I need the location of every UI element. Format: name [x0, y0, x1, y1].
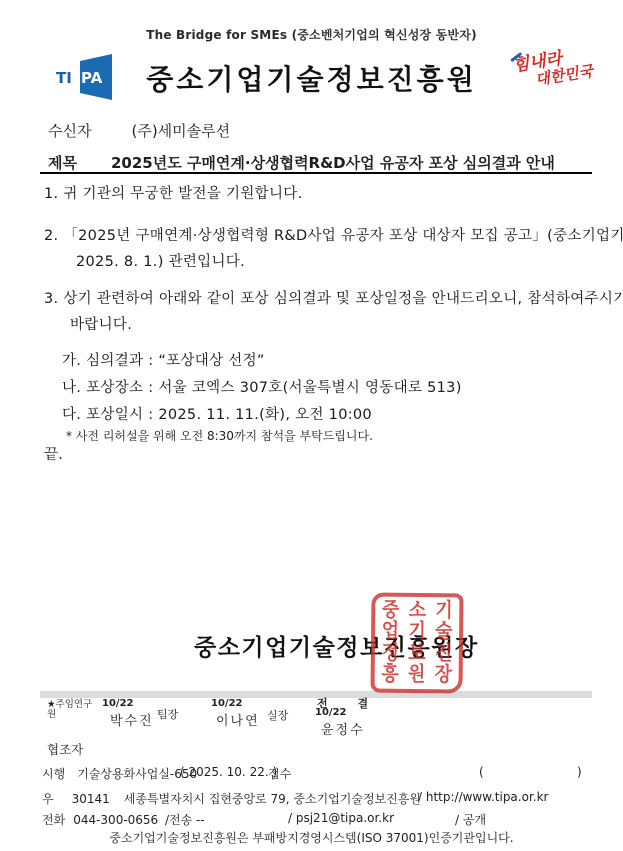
official-seal-stamp-icon: 중 소 기 업 기 술 정 보 진 흥 원 장: [370, 593, 463, 694]
dispatch-row: 시행기술상용화사업실-650: [42, 765, 197, 782]
delegation-date: 10/22: [315, 707, 346, 718]
phone-label: 전화: [42, 813, 65, 827]
dispatch-date: ( 2025. 10. 22. ): [180, 765, 277, 779]
phone-row: 전화044-300-0656: [42, 811, 158, 828]
paragraph-3-line2: 바랍니다.: [70, 313, 132, 334]
end-mark: 끝.: [44, 443, 63, 464]
subject-row: 제목2025년도 구매연계·상생협력R&D사업 유공자 포상 심의결과 안내: [48, 152, 555, 173]
seal-char: 술: [435, 622, 453, 642]
receipt-label: 접수: [268, 765, 291, 782]
recipient-label: 수신자: [48, 122, 91, 140]
seal-char: 정: [381, 643, 399, 663]
team-leader-name: 이나연: [216, 710, 260, 729]
seal-char: 보: [408, 644, 426, 664]
seal-char: 중: [382, 600, 400, 620]
address-text: 세종특별자치시 집현중앙로 79, 중소기업기술정보진흥원: [124, 792, 421, 806]
address-row: 우30141세종특별자치시 집현중앙로 79, 중소기업기술정보진흥원: [42, 790, 421, 807]
dispatch-label: 시행: [42, 767, 65, 781]
director-label: 실장: [267, 707, 288, 723]
item-award-datetime: 다. 포상일시 : 2025. 11. 11.(화), 오전 10:00: [62, 403, 372, 424]
paragraph-1: 1. 귀 기관의 무궁한 발전을 기원합니다.: [44, 182, 303, 203]
seal-char: 장: [435, 665, 453, 685]
receipt-paren-close: ): [577, 765, 582, 779]
subject-divider: [40, 172, 592, 174]
drafter-role-label: ★주임연구원: [47, 700, 105, 721]
header-tagline: The Bridge for SMEs (중소벤처기업의 혁신성장 동반자): [0, 26, 623, 43]
paragraph-2-line1: 2. 「2025년 구매연계·상생협력형 R&D사업 유공자 포상 대상자 모집…: [44, 224, 623, 245]
team-leader-label: 팀장: [157, 706, 178, 722]
subject-label: 제목: [48, 154, 77, 172]
official-document-page: The Bridge for SMEs (중소벤처기업의 혁신성장 동반자) T…: [0, 0, 623, 851]
seal-char: 원: [408, 665, 426, 685]
fax-value: /전송 --: [165, 811, 205, 828]
subject-value: 2025년도 구매연계·상생협력R&D사업 유공자 포상 심의결과 안내: [111, 154, 555, 172]
email-value: / psj21@tipa.or.kr: [288, 811, 394, 825]
rehearsal-note: * 사전 리허설을 위해 오전 8:30까지 참석을 부탁드립니다.: [66, 427, 373, 444]
approval-divider-bar: [40, 691, 592, 698]
item-award-place: 나. 포상장소 : 서울 코엑스 307호(서울특별시 영동대로 513): [62, 376, 462, 397]
website-url: / http://www.tipa.or.kr: [418, 790, 548, 804]
paragraph-3-line1: 3. 상기 관련하여 아래와 같이 포상 심의결과 및 포상일정을 안내드리오니…: [44, 287, 623, 308]
drafter-name: 박수진: [110, 710, 154, 729]
seal-char: 소: [409, 601, 427, 621]
seal-char: 업: [382, 622, 400, 642]
drafter-date: 10/22: [102, 698, 133, 709]
disclosure-value: / 공개: [455, 811, 486, 828]
cooperator-label: 협조자: [47, 740, 83, 758]
seal-char: 기: [435, 601, 453, 621]
recipient-row: 수신자(주)세미솔루션: [48, 120, 230, 141]
postal-code: 30141: [72, 792, 110, 806]
team-leader-date: 10/22: [211, 698, 242, 709]
seal-char: 흥: [381, 665, 399, 685]
recipient-value: (주)세미솔루션: [131, 122, 230, 140]
phone-number: 044-300-0656: [73, 813, 158, 827]
seal-char: 진: [435, 644, 453, 664]
paragraph-2-line2: 2025. 8. 1.) 관련입니다.: [76, 250, 245, 271]
delegation-name: 윤정수: [321, 719, 365, 738]
item-review-result: 가. 심의결과 : “포상대상 선정”: [62, 349, 265, 370]
seal-char: 기: [408, 622, 426, 642]
iso-certification-note: 중소기업기술정보진흥원은 부패방지경영시스템(ISO 37001)인증기관입니다…: [0, 829, 623, 846]
postal-label: 우: [42, 792, 54, 806]
receipt-paren-open: (: [479, 765, 484, 779]
